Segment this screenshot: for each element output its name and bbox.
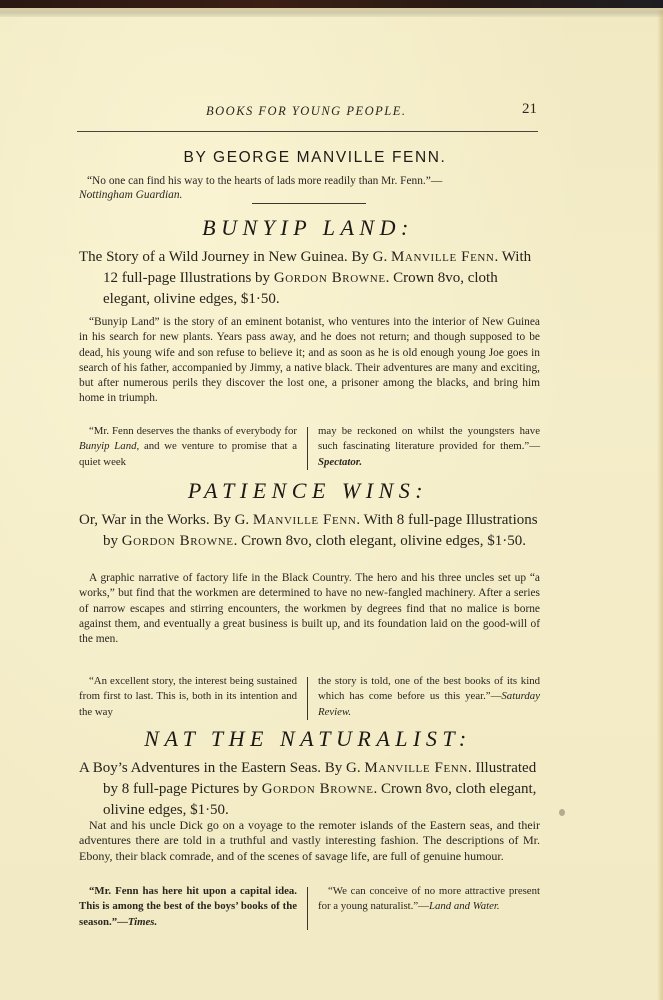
review-left: “Mr. Fenn deserves the thanks of everybo… [79,424,307,470]
column-separator [307,887,308,930]
review-right: “We can conceive of no more attractive p… [318,884,540,930]
section-divider [252,203,366,204]
desc-text: A Boy’s Adventures in the Eastern Seas. … [79,760,364,776]
intro-quote: “No one can find his way to the hearts o… [79,174,539,189]
review-columns: “Mr. Fenn has here hit upon a capital id… [79,884,540,930]
review-right: may be reckoned on whilst the youngsters… [318,424,540,470]
desc-author: Manville Fenn [253,512,357,528]
book-title-patience-wins: PATIENCE WINS: [0,478,616,504]
book-summary: “Bunyip Land” is the story of an eminent… [79,315,540,407]
review-right: the story is told, one of the best books… [318,674,540,720]
intro-quote-source: Nottingham Guardian. [79,189,182,201]
desc-illustrator: Gordon Browne [262,781,374,797]
book-title-bunyip-land: BUNYIP LAND: [0,215,616,241]
desc-text: Or, War in the Works. By G. [79,512,253,528]
author-heading: BY GEORGE MANVILLE FENN. [0,149,630,167]
review-source: Spectator. [318,456,362,468]
header-rule [77,131,538,132]
desc-author: Manville Fenn [391,249,495,265]
page-top-edge-paper [0,8,663,17]
page-number: 21 [522,101,537,118]
review-left: “An excellent story, the interest being … [79,674,307,720]
book-description: The Story of a Wild Journey in New Guine… [79,247,540,310]
review-text: may be reckoned on whilst the youngsters… [318,425,540,452]
desc-author: Manville Fenn [364,760,468,776]
running-head: BOOKS FOR YOUNG PEOPLE. [206,104,406,119]
desc-illustrator: Gordon Browne [274,270,386,286]
book-description: A Boy’s Adventures in the Eastern Seas. … [79,758,540,821]
book-description: Or, War in the Works. By G. Manville Fen… [79,510,540,552]
book-title-nat-the-naturalist: NAT THE NATURALIST: [0,726,616,752]
paper-blemish [559,809,565,816]
page-right-edge [657,10,663,1000]
page-top-edge-shadow [0,0,663,8]
review-source: Times. [128,916,157,928]
review-columns: “Mr. Fenn deserves the thanks of everybo… [79,424,540,470]
review-left: “Mr. Fenn has here hit upon a capital id… [79,884,307,930]
review-source: Land and Water. [429,900,500,912]
column-separator [307,677,308,720]
review-text: “Mr. Fenn deserves the thanks of everybo… [89,425,297,437]
desc-text: . Crown 8vo, cloth elegant, olivine edge… [234,533,526,549]
book-summary: A graphic narrative of factory life in t… [79,571,540,647]
column-separator [307,427,308,470]
book-page: BOOKS FOR YOUNG PEOPLE. 21 BY GEORGE MAN… [0,0,663,1000]
book-summary: Nat and his uncle Dick go on a voyage to… [79,818,540,864]
desc-illustrator: Gordon Browne [122,533,234,549]
desc-text: The Story of a Wild Journey in New Guine… [79,249,391,265]
review-text: “Mr. Fenn has here hit upon a capital id… [79,885,297,928]
review-italic-title: Bunyip Land [79,440,137,452]
review-columns: “An excellent story, the interest being … [79,674,540,720]
